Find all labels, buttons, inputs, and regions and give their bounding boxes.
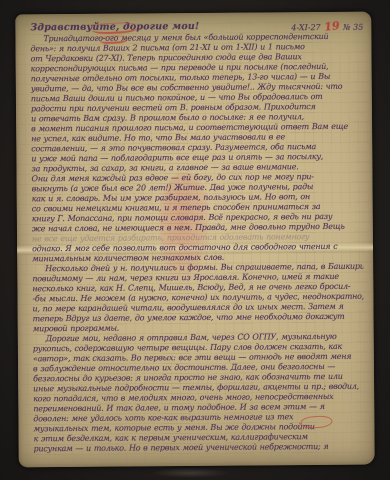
letter-paper: 4-XI-27 19 № 35 Здравствуйте, дорогие мо…: [15, 12, 375, 468]
letter-body: Тринадцатого-ого месяца у меня был «боль…: [30, 32, 364, 455]
photo-background: 4-XI-27 19 № 35 Здравствуйте, дорогие мо…: [0, 0, 390, 480]
bottom-edge-smudge: [150, 468, 230, 478]
letter-line: рисункам — и только. Но в первых моей уч…: [34, 442, 365, 455]
handwriting-block: Здравствуйте, дорогие мои! Тринадцатого-…: [30, 19, 364, 464]
